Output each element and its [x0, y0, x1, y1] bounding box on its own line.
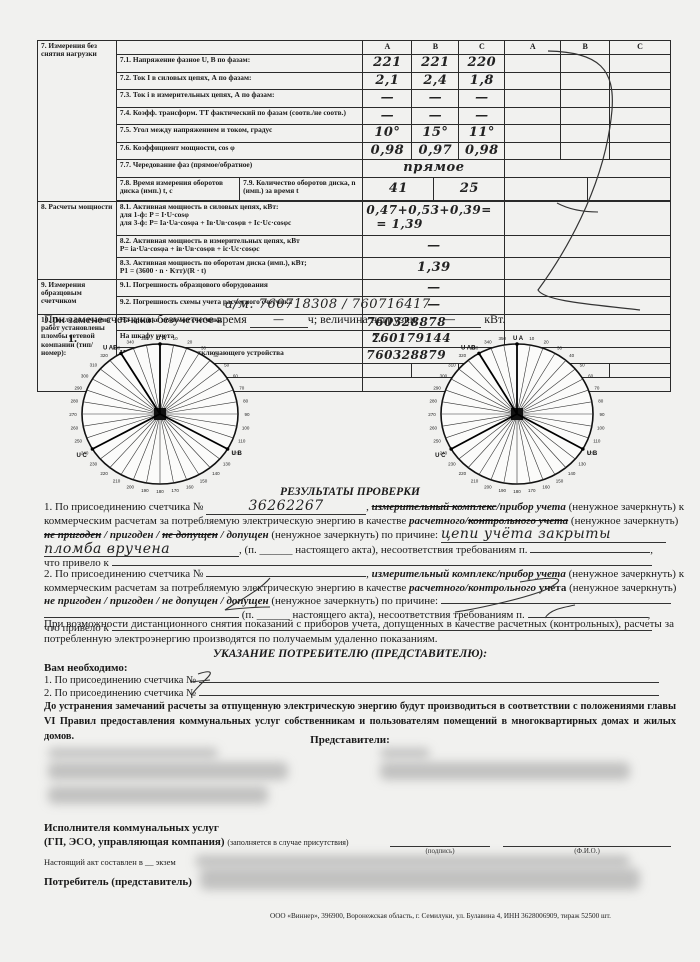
svg-text:U A: U A	[156, 336, 167, 342]
svg-text:50: 50	[580, 363, 586, 368]
inspection-act-page: 7. Измерения без снятия нагрузки A B C A…	[0, 0, 700, 962]
svg-text:210: 210	[113, 479, 121, 484]
item1-cross-note: (ненужное зачеркнуть) к	[569, 501, 684, 513]
redacted-text	[195, 855, 630, 867]
svg-text:220: 220	[459, 471, 467, 476]
svg-text:110: 110	[593, 438, 601, 443]
item1-cross-note2: (ненужное зачеркнуть)	[571, 515, 678, 527]
item1-unfit: не пригоден	[44, 529, 101, 541]
signature-field[interactable]: (подпись)	[390, 846, 490, 855]
svg-text:80: 80	[598, 399, 604, 404]
svg-text:60: 60	[233, 374, 239, 379]
vector-diagram-2: 1020304050607080901001101201301401501601…	[425, 330, 635, 500]
svg-text:210: 210	[471, 479, 479, 484]
svg-text:230: 230	[90, 461, 98, 466]
item1-reason: цепи учёта закрыты	[441, 528, 666, 543]
svg-text:20: 20	[544, 340, 550, 345]
load-value: —	[419, 313, 481, 328]
svg-text:320: 320	[459, 353, 467, 358]
svg-text:U AB: U AB	[103, 345, 118, 351]
item1-meter-number: 36262267	[206, 500, 366, 515]
instruction-item-2: 2. По присоединению счетчика №	[44, 688, 196, 699]
svg-text:100: 100	[242, 425, 250, 430]
svg-text:220: 220	[100, 471, 108, 476]
item1-admitted: / допущен	[218, 529, 269, 541]
item1-prefix: 1. По присоединению счетчика №	[44, 501, 203, 513]
svg-text:U B: U B	[587, 451, 598, 457]
svg-text:230: 230	[448, 461, 456, 466]
svg-text:290: 290	[433, 386, 441, 391]
svg-text:80: 80	[243, 399, 249, 404]
svg-text:350: 350	[498, 336, 506, 341]
redacted-text	[380, 762, 630, 780]
item1-reason-cont: пломба вручена	[44, 543, 239, 558]
svg-text:290: 290	[74, 386, 82, 391]
fio-field[interactable]: (Ф.И.О.)	[503, 846, 671, 855]
diagram-2-number: 2.	[372, 331, 381, 346]
svg-text:50: 50	[224, 363, 230, 368]
svg-text:280: 280	[430, 399, 438, 404]
svg-text:140: 140	[568, 471, 576, 476]
item1-fit: / пригоден /	[101, 529, 162, 541]
svg-text:90: 90	[244, 412, 250, 417]
svg-text:70: 70	[239, 386, 245, 391]
svg-text:340: 340	[126, 340, 134, 345]
svg-text:30: 30	[557, 345, 563, 350]
svg-text:300: 300	[81, 374, 89, 379]
svg-text:20: 20	[187, 340, 193, 345]
item1-settlement: расчетного/	[409, 515, 468, 527]
svg-text:110: 110	[238, 438, 246, 443]
svg-text:10: 10	[173, 336, 179, 341]
svg-text:40: 40	[213, 353, 219, 358]
redacted-text	[380, 748, 430, 758]
svg-text:70: 70	[594, 386, 600, 391]
redacted-representatives	[48, 748, 218, 758]
printer-footer: ООО «Виннер», 396900, Воронежская област…	[270, 912, 611, 920]
svg-text:10: 10	[529, 336, 535, 341]
svg-text:300: 300	[440, 374, 448, 379]
svg-text:310: 310	[90, 363, 98, 368]
svg-text:U A: U A	[513, 336, 524, 342]
representatives-title: Представители:	[0, 734, 700, 746]
svg-text:U AB: U AB	[461, 345, 476, 351]
svg-text:40: 40	[569, 353, 575, 358]
item1-complex: измерительный комплекс	[372, 501, 497, 513]
executor-type: (ГП, ЭСО, управляющая компания)	[44, 836, 225, 848]
cross-out-strokes	[0, 560, 700, 620]
item1-control: контрольного учета	[468, 515, 568, 527]
cross-out-mark	[0, 0, 700, 330]
replacement-unit: кВт.	[484, 312, 505, 326]
svg-text:U B: U B	[232, 451, 243, 457]
svg-text:U C: U C	[435, 453, 446, 459]
executor-note: (заполняется в случае присутствия)	[227, 838, 348, 847]
item1-line2: коммерческим расчетам за потребляемую эл…	[44, 515, 406, 527]
svg-text:350: 350	[141, 336, 149, 341]
svg-text:100: 100	[597, 425, 605, 430]
results-title: РЕЗУЛЬТАТЫ ПРОВЕРКИ	[0, 486, 700, 498]
svg-text:60: 60	[588, 374, 594, 379]
fio-caption: (Ф.И.О.)	[574, 847, 600, 855]
item1-reason-label: (ненужное зачеркнуть) по причине:	[271, 529, 438, 541]
svg-text:150: 150	[556, 479, 564, 484]
svg-text:30: 30	[201, 345, 207, 350]
instructions-title: УКАЗАНИЕ ПОТРЕБИТЕЛЮ (ПРЕДСТАВИТЕЛЮ):	[0, 648, 700, 660]
redacted-consumer	[200, 868, 640, 890]
svg-text:270: 270	[428, 412, 436, 417]
vector-diagram-1: 1020304050607080901001101201301401501601…	[60, 330, 280, 500]
executor-line: (ГП, ЭСО, управляющая компания) (заполня…	[44, 836, 349, 848]
seal-ct-a	[363, 364, 412, 378]
svg-text:140: 140	[212, 471, 220, 476]
svg-text:130: 130	[578, 461, 586, 466]
svg-text:130: 130	[223, 461, 231, 466]
svg-text:320: 320	[100, 353, 108, 358]
item1-clause: , (п. ______ настоящего акта), несоответ…	[239, 544, 528, 556]
svg-text:270: 270	[69, 412, 77, 417]
instruction-item-1: 1. По присоединению счетчика №	[44, 675, 196, 686]
replacement-line: При замене счетчика: безучетное время —ч…	[44, 313, 505, 328]
instructions-list: 1. По присоединению счетчика № 2. По при…	[44, 675, 674, 700]
svg-text:260: 260	[430, 425, 438, 430]
item1-not-admitted: не допущен	[162, 529, 218, 541]
consumer-label: Потребитель (представитель)	[44, 876, 192, 888]
item1-device: /прибор учета	[497, 501, 566, 513]
replacement-label-time: При замене счетчика: безучетное время	[44, 312, 247, 326]
signature-caption: (подпись)	[425, 847, 454, 855]
svg-text:280: 280	[71, 399, 79, 404]
svg-text:90: 90	[599, 412, 605, 417]
svg-text:310: 310	[448, 363, 456, 368]
svg-text:U C: U C	[76, 453, 87, 459]
svg-text:260: 260	[71, 425, 79, 430]
remote-reading-note: При возможности дистанционного снятия по…	[44, 617, 674, 647]
executor-label: Исполнителя коммунальных услуг	[44, 822, 219, 834]
redacted-text	[48, 786, 268, 804]
svg-text:150: 150	[200, 479, 208, 484]
svg-text:250: 250	[74, 438, 82, 443]
instructions-need: Вам необходимо:	[44, 662, 128, 674]
unmetered-time-value: —	[250, 313, 308, 328]
redacted-text	[48, 762, 288, 780]
svg-text:340: 340	[484, 340, 492, 345]
svg-text:250: 250	[433, 438, 441, 443]
replacement-label-load: ч; величина нагрузки	[308, 312, 416, 326]
copies-line: Настоящий акт составлен в __ экзем	[44, 857, 176, 867]
cross-out-z	[180, 668, 240, 700]
